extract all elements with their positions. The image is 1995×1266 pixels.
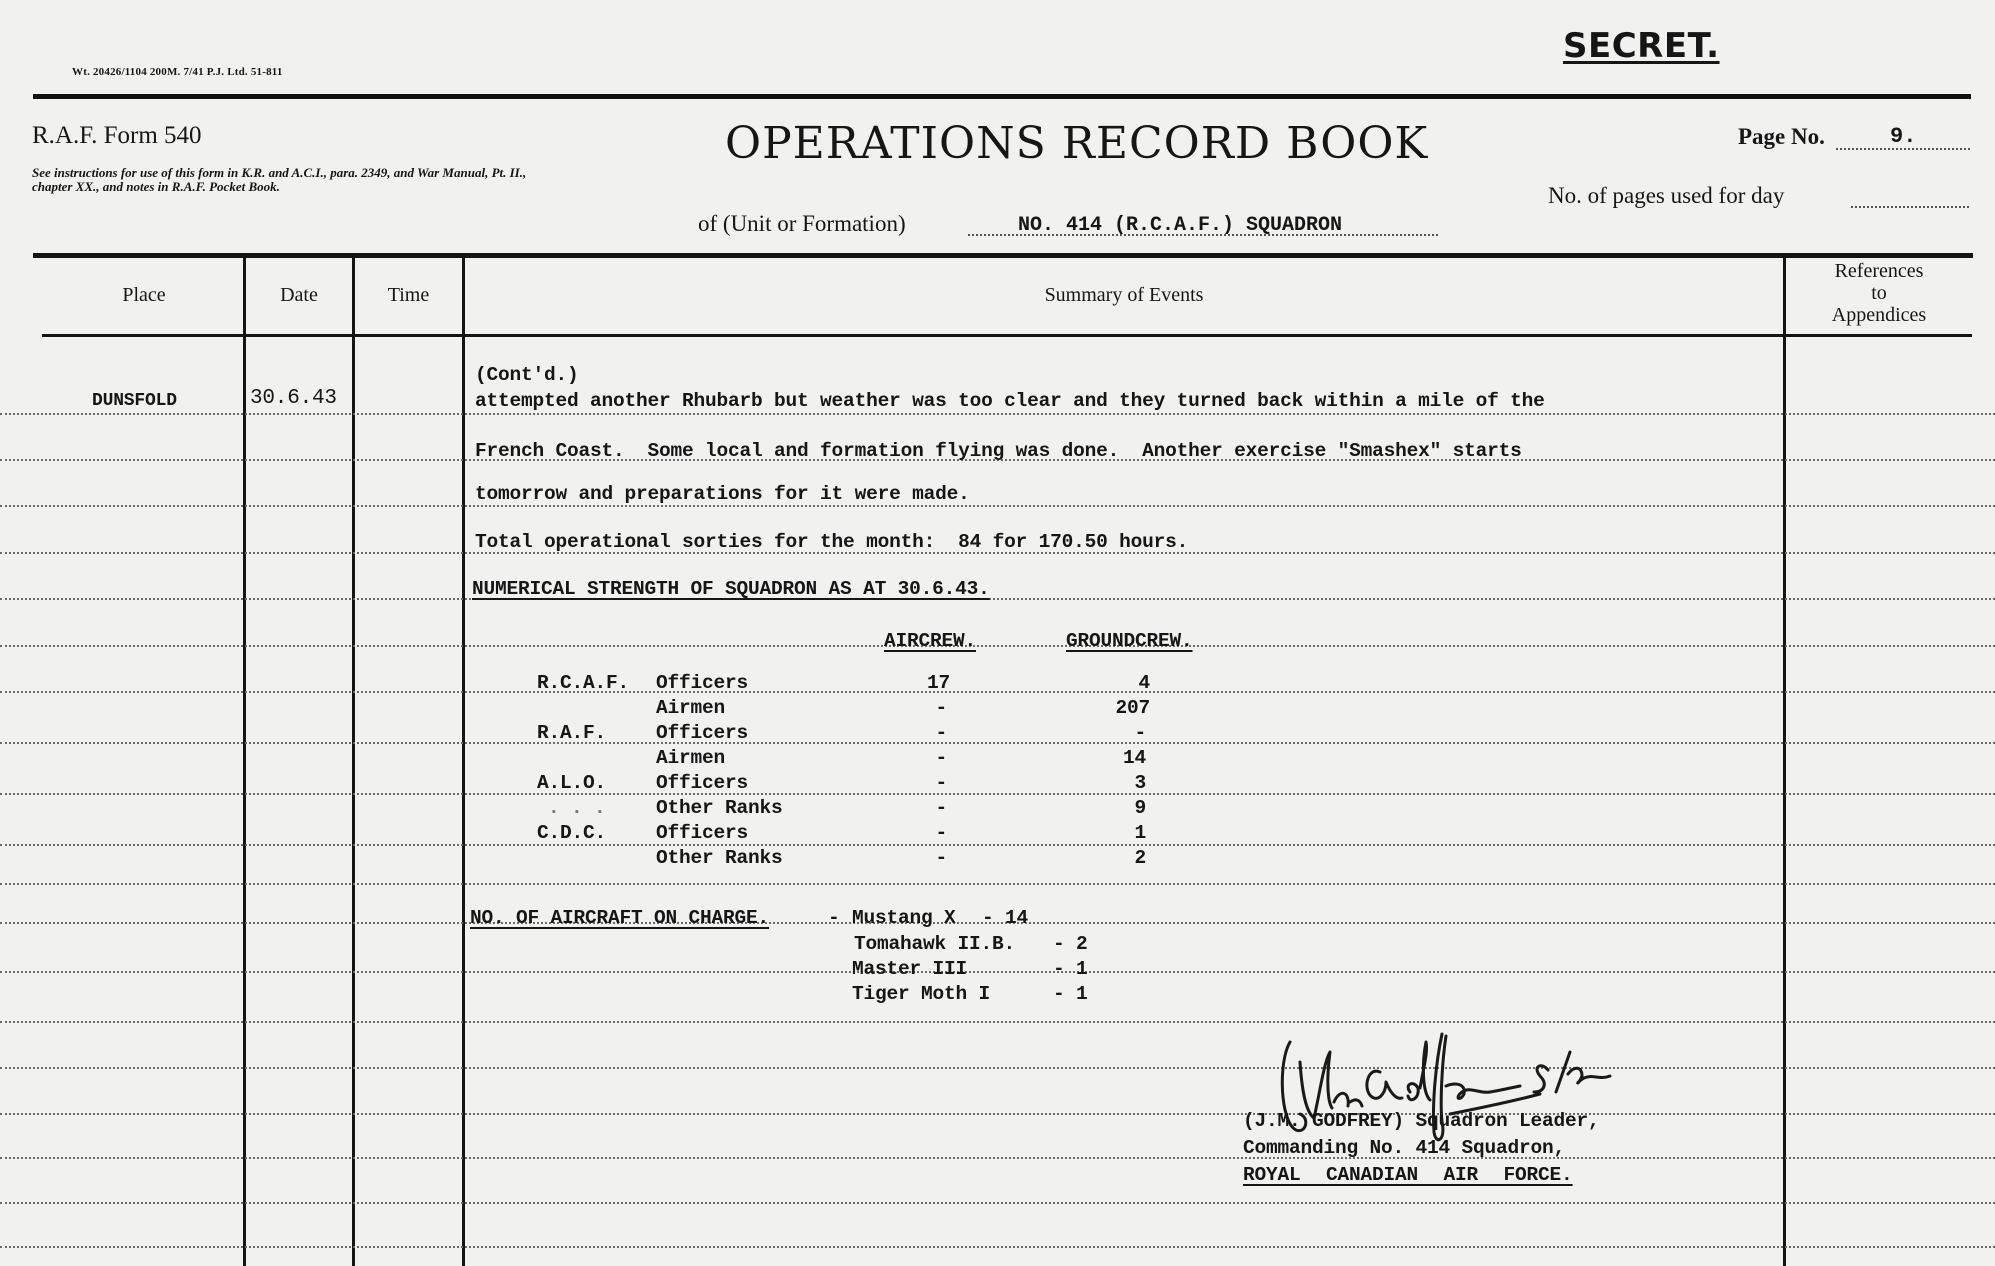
- ruled-line: [0, 742, 1995, 744]
- row-aircrew: -: [900, 697, 947, 719]
- row-groundcrew: 14: [1090, 747, 1146, 769]
- page-number-label: Page No.: [1738, 124, 1825, 150]
- signature-name-rank: (J.M. GODFREY) Squadron Leader,: [1243, 1110, 1600, 1132]
- summary-line: tomorrow and preparations for it were ma…: [475, 483, 970, 505]
- row-aircrew: 17: [900, 672, 950, 694]
- row-groundcrew: 4: [1090, 672, 1150, 694]
- row-category: Officers: [656, 822, 748, 844]
- ruled-line: [0, 1246, 1995, 1248]
- ruled-line: [0, 1021, 1995, 1023]
- row-groundcrew: 2: [1090, 847, 1146, 869]
- form-number: R.A.F. Form 540: [32, 122, 202, 150]
- row-groundcrew: 9: [1090, 797, 1146, 819]
- row-aircrew: -: [900, 772, 947, 794]
- aircraft-type: Master III: [852, 958, 967, 980]
- ruled-line: [0, 1157, 1995, 1159]
- column-header-time: Time: [355, 284, 462, 307]
- table-header-bottom-rule: [42, 334, 1972, 337]
- column-header-references: References to Appendices: [1786, 260, 1972, 326]
- row-service: R.A.F.: [537, 722, 606, 744]
- ruled-line: [0, 793, 1995, 795]
- row-category: Officers: [656, 772, 748, 794]
- aircraft-count: - 2: [1053, 933, 1088, 955]
- ruled-line: [0, 1202, 1995, 1204]
- strength-heading: NUMERICAL STRENGTH OF SQUADRON AS AT 30.…: [472, 578, 990, 600]
- page-title: OPERATIONS RECORD BOOK: [725, 118, 1428, 169]
- unit-field: NO. 414 (R.C.A.F.) SQUADRON: [1018, 214, 1342, 237]
- form-instructions: See instructions for use of this form in…: [32, 166, 532, 194]
- row-category: Officers: [656, 722, 748, 744]
- column-header-place: Place: [45, 284, 243, 307]
- column-header-summary: Summary of Events: [465, 284, 1783, 307]
- entry-date: 30.6.43: [250, 387, 337, 410]
- row-category: Other Ranks: [656, 797, 783, 819]
- row-aircrew: -: [900, 822, 947, 844]
- ruled-line: [0, 645, 1995, 647]
- aircraft-count: - 1: [1053, 958, 1088, 980]
- ref-header-line: References: [1786, 260, 1972, 282]
- aircraft-type: Mustang X: [852, 907, 956, 929]
- row-aircrew: -: [900, 797, 947, 819]
- row-category: Airmen: [656, 697, 725, 719]
- pages-used-label: No. of pages used for day: [1548, 183, 1784, 209]
- top-rule: [33, 94, 1971, 99]
- row-groundcrew: 1: [1090, 822, 1146, 844]
- ruled-line: [0, 844, 1995, 846]
- aircraft-heading: NO. OF AIRCRAFT ON CHARGE.: [470, 907, 769, 929]
- strength-col-groundcrew: GROUNDCREW.: [1066, 630, 1193, 652]
- row-service: R.C.A.F.: [537, 672, 629, 694]
- row-service: . . .: [548, 797, 606, 819]
- signature-force: ROYAL CANADIAN AIR FORCE.: [1243, 1164, 1573, 1186]
- row-service: C.D.C.: [537, 822, 606, 844]
- table-top-rule: [33, 253, 1973, 258]
- signature-command: Commanding No. 414 Squadron,: [1243, 1137, 1565, 1159]
- row-groundcrew: 3: [1090, 772, 1146, 794]
- aircraft-count: - 1: [1053, 983, 1088, 1005]
- row-aircrew: -: [900, 847, 947, 869]
- ruled-line: [0, 971, 1995, 973]
- ruled-line: [0, 598, 1995, 600]
- row-category: Airmen: [656, 747, 725, 769]
- row-aircrew: -: [900, 722, 947, 744]
- ruled-line: [0, 413, 1995, 415]
- printer-imprint: Wt. 20426/1104 200M. 7/41 P.J. Ltd. 51-8…: [72, 66, 283, 78]
- ref-header-line: Appendices: [1786, 304, 1972, 326]
- row-groundcrew: 207: [1090, 697, 1150, 719]
- classification-stamp: SECRET.: [1563, 26, 1720, 66]
- summary-line: Total operational sorties for the month:…: [475, 531, 1188, 553]
- aircraft-dash: -: [828, 907, 840, 929]
- row-groundcrew: -: [1090, 722, 1146, 744]
- row-category: Other Ranks: [656, 847, 783, 869]
- ruled-line: [0, 1067, 1995, 1069]
- aircraft-type: Tomahawk II.B.: [854, 933, 1015, 955]
- ruled-line: [0, 1113, 1995, 1115]
- page-number-field: 9.: [1890, 124, 1916, 149]
- row-aircrew: -: [900, 747, 947, 769]
- column-header-date: Date: [246, 284, 352, 307]
- ref-header-line: to: [1786, 282, 1972, 304]
- unit-label: of (Unit or Formation): [698, 211, 906, 237]
- ruled-line: [0, 505, 1995, 507]
- aircraft-type: Tiger Moth I: [852, 983, 990, 1005]
- ruled-line: [0, 883, 1995, 885]
- summary-line: French Coast. Some local and formation f…: [475, 440, 1522, 462]
- summary-line: attempted another Rhubarb but weather wa…: [475, 390, 1545, 412]
- handwritten-signature-icon: [1270, 1022, 1650, 1152]
- summary-line: (Cont'd.): [475, 364, 579, 386]
- ruled-line: [0, 691, 1995, 693]
- aircraft-count: - 14: [982, 907, 1028, 929]
- row-service: A.L.O.: [537, 772, 606, 794]
- entry-place: DUNSFOLD: [92, 391, 177, 411]
- pages-used-field: [1851, 206, 1969, 208]
- strength-col-aircrew: AIRCREW.: [884, 630, 976, 652]
- row-category: Officers: [656, 672, 748, 694]
